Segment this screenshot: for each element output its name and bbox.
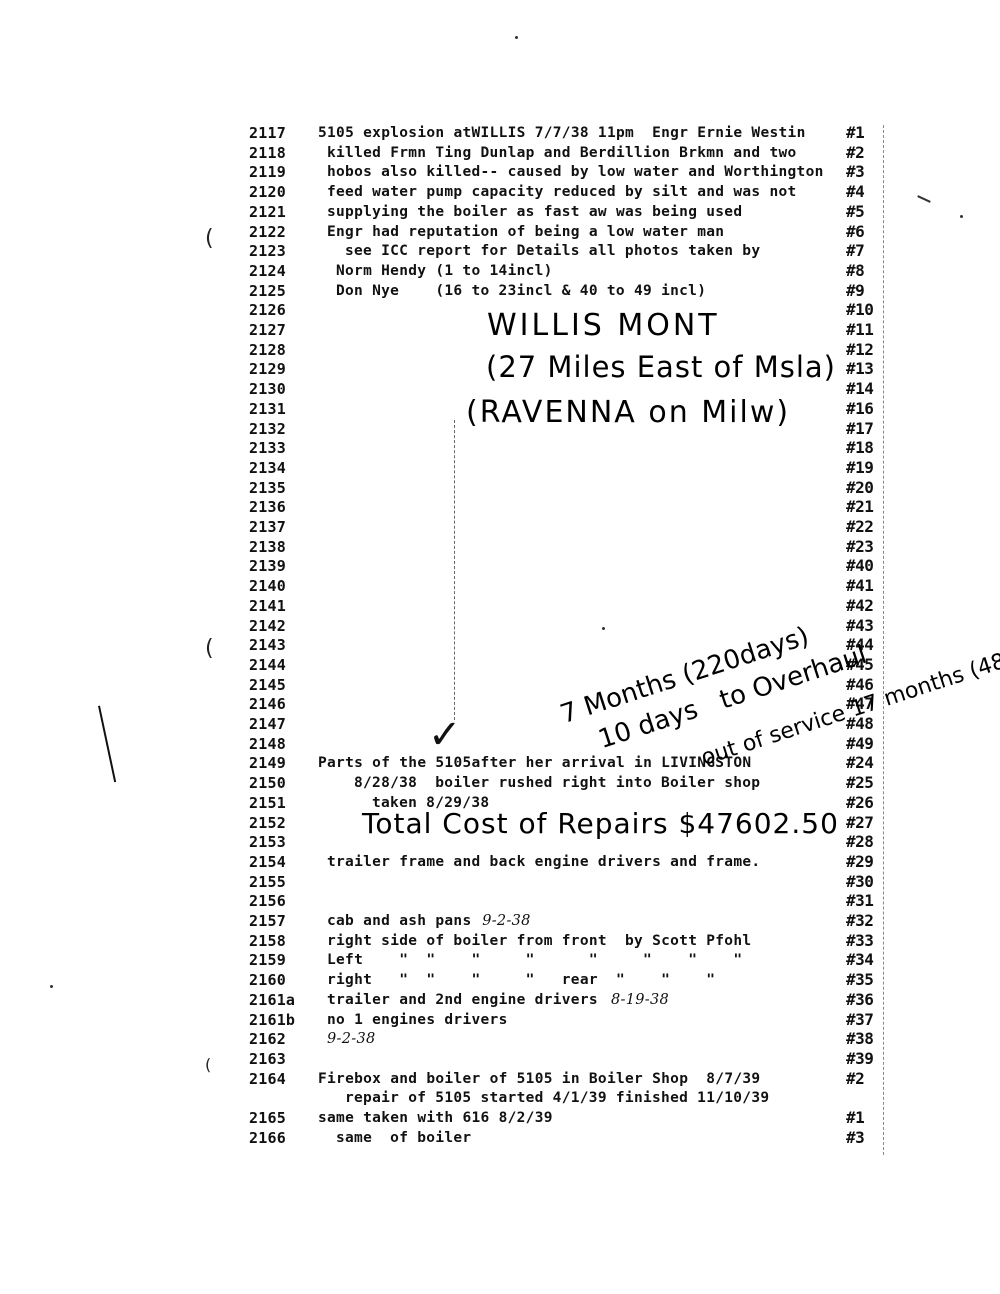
photo-reference: #22 — [846, 517, 873, 537]
photo-reference: #32 — [846, 911, 873, 931]
negative-number: 2132 — [249, 419, 286, 439]
photo-reference: #12 — [846, 340, 873, 360]
negative-number: 2145 — [249, 675, 286, 695]
speck — [50, 985, 53, 988]
entry-description: repair of 5105 started 4/1/39 finished 1… — [345, 1088, 769, 1108]
entry-description: same of boiler — [336, 1128, 471, 1148]
photo-reference: #41 — [846, 576, 873, 596]
log-entry-row: 2155#30 — [0, 872, 1000, 892]
log-entry-row: 2159Left " " " " " " " "#34 — [0, 950, 1000, 970]
negative-number: 2143 — [249, 635, 286, 655]
entry-description: trailer and 2nd engine drivers — [327, 990, 598, 1010]
entry-description: Left " " " " " " " " — [327, 950, 742, 970]
photo-reference: #16 — [846, 399, 873, 419]
log-entry-row: 2137#22 — [0, 517, 1000, 537]
negative-number: 2166 — [249, 1128, 286, 1148]
checkmark-arrow-icon: ✓ — [428, 712, 462, 758]
negative-number: 2149 — [249, 753, 286, 773]
negative-number: 2125 — [249, 281, 286, 301]
photo-reference: #33 — [846, 931, 873, 951]
negative-number: 2156 — [249, 891, 286, 911]
entry-description: Parts of the 5105after her arrival in LI… — [318, 753, 751, 773]
photo-reference: #13 — [846, 359, 873, 379]
handwritten-location-line-2: (27 Miles East of Msla) — [486, 350, 836, 384]
photo-reference: #24 — [846, 753, 873, 773]
negative-number: 2155 — [249, 872, 286, 892]
photo-reference: #35 — [846, 970, 873, 990]
log-entry-row: 2118killed Frmn Ting Dunlap and Berdilli… — [0, 143, 1000, 163]
negative-number: 2137 — [249, 517, 286, 537]
log-entry-row: 2141#42 — [0, 596, 1000, 616]
log-entry-row: 21175105 explosion atWILLIS 7/7/38 11pm … — [0, 123, 1000, 143]
log-entry-row: 2123see ICC report for Details all photo… — [0, 241, 1000, 261]
negative-number: 2151 — [249, 793, 286, 813]
log-entry-row: 2120feed water pump capacity reduced by … — [0, 182, 1000, 202]
photo-reference: #7 — [846, 241, 864, 261]
log-entry-row: 2139#40 — [0, 556, 1000, 576]
negative-number: 2158 — [249, 931, 286, 951]
handwritten-date: 8-19-38 — [611, 990, 669, 1010]
log-entry-row: 2136#21 — [0, 497, 1000, 517]
entry-description: Norm Hendy (1 to 14incl) — [336, 261, 553, 281]
handwritten-location-line-1: WILLIS MONT — [487, 308, 720, 343]
negative-number: 2165 — [249, 1108, 286, 1128]
negative-number: 2161b — [249, 1010, 295, 1030]
speck — [515, 36, 518, 39]
photo-reference: #11 — [846, 320, 873, 340]
photo-reference: #10 — [846, 300, 873, 320]
log-entry-row: repair of 5105 started 4/1/39 finished 1… — [0, 1088, 1000, 1108]
entry-description: Engr had reputation of being a low water… — [327, 222, 724, 242]
photo-reference: #34 — [846, 950, 873, 970]
negative-number: 2134 — [249, 458, 286, 478]
handwritten-date: 9-2-38 — [482, 911, 531, 931]
log-entry-row: 2166same of boiler#3 — [0, 1128, 1000, 1148]
photo-reference: #25 — [846, 773, 873, 793]
log-entry-row: 2157cab and ash pans9-2-38#32 — [0, 911, 1000, 931]
photo-reference: #2 — [846, 1069, 864, 1089]
log-entry-row: 2125Don Nye (16 to 23incl & 40 to 49 inc… — [0, 281, 1000, 301]
negative-number: 2157 — [249, 911, 286, 931]
negative-number: 2117 — [249, 123, 286, 143]
entry-description: 8/28/38 boiler rushed right into Boiler … — [354, 773, 760, 793]
photo-reference: #36 — [846, 990, 873, 1010]
entry-description: right side of boiler from front by Scott… — [327, 931, 751, 951]
log-entry-row: 21508/28/38 boiler rushed right into Boi… — [0, 773, 1000, 793]
log-entry-row: 2160right " " " " rear " " "#35 — [0, 970, 1000, 990]
entry-description: killed Frmn Ting Dunlap and Berdillion B… — [327, 143, 797, 163]
log-entry-row: 2148#49 — [0, 734, 1000, 754]
negative-number: 2118 — [249, 143, 286, 163]
negative-number: 2139 — [249, 556, 286, 576]
photo-reference: #23 — [846, 537, 873, 557]
photo-reference: #31 — [846, 891, 873, 911]
photo-reference: #19 — [846, 458, 873, 478]
negative-number: 2126 — [249, 300, 286, 320]
photo-reference: #29 — [846, 852, 873, 872]
photo-reference: #3 — [846, 162, 864, 182]
negative-number: 2120 — [249, 182, 286, 202]
entry-description: no 1 engines drivers — [327, 1010, 508, 1030]
negative-number: 2160 — [249, 970, 286, 990]
negative-number: 2133 — [249, 438, 286, 458]
photo-reference: #1 — [846, 123, 864, 143]
photo-reference: #18 — [846, 438, 873, 458]
negative-number: 2162 — [249, 1029, 286, 1049]
entry-description: supplying the boiler as fast aw was bein… — [327, 202, 742, 222]
negative-number: 2124 — [249, 261, 286, 281]
margin-paren-mark: ( — [205, 636, 214, 661]
negative-number: 2146 — [249, 694, 286, 714]
photo-reference: #8 — [846, 261, 864, 281]
photo-reference: #49 — [846, 734, 873, 754]
photo-reference: #14 — [846, 379, 873, 399]
photo-reference: #42 — [846, 596, 873, 616]
negative-number: 2136 — [249, 497, 286, 517]
photo-reference: #28 — [846, 832, 873, 852]
log-entry-row: 2119hobos also killed-- caused by low wa… — [0, 162, 1000, 182]
negative-number: 2150 — [249, 773, 286, 793]
entry-description: cab and ash pans — [327, 911, 471, 931]
photo-reference: #6 — [846, 222, 864, 242]
entry-description: Don Nye (16 to 23incl & 40 to 49 incl) — [336, 281, 706, 301]
entry-description: trailer frame and back engine drivers an… — [327, 852, 760, 872]
negative-number: 2128 — [249, 340, 286, 360]
negative-number: 2135 — [249, 478, 286, 498]
negative-number: 2119 — [249, 162, 286, 182]
negative-number: 2152 — [249, 813, 286, 833]
log-entry-row: 2165same taken with 616 8/2/39#1 — [0, 1108, 1000, 1128]
photo-reference: #4 — [846, 182, 864, 202]
negative-number: 2138 — [249, 537, 286, 557]
negative-number: 2123 — [249, 241, 286, 261]
log-entry-row: 2140#41 — [0, 576, 1000, 596]
entry-description: hobos also killed-- caused by low water … — [327, 162, 824, 182]
entry-description: Firebox and boiler of 5105 in Boiler Sho… — [318, 1069, 760, 1089]
log-entry-row: 2156#31 — [0, 891, 1000, 911]
log-entry-row: 2149Parts of the 5105after her arrival i… — [0, 753, 1000, 773]
photo-reference: #27 — [846, 813, 873, 833]
entry-description: 5105 explosion atWILLIS 7/7/38 11pm Engr… — [318, 123, 806, 143]
negative-number: 2154 — [249, 852, 286, 872]
log-entry-row: 2124Norm Hendy (1 to 14incl)#8 — [0, 261, 1000, 281]
log-entry-row: 2138#23 — [0, 537, 1000, 557]
photo-reference: #5 — [846, 202, 864, 222]
negative-number: 2147 — [249, 714, 286, 734]
speck — [960, 215, 963, 218]
negative-number: 2130 — [249, 379, 286, 399]
photo-reference: #30 — [846, 872, 873, 892]
entry-description: see ICC report for Details all photos ta… — [345, 241, 760, 261]
log-entry-row: 2133#18 — [0, 438, 1000, 458]
negative-number: 2142 — [249, 616, 286, 636]
negative-number: 2161a — [249, 990, 295, 1010]
photo-reference: #3 — [846, 1128, 864, 1148]
negative-number: 2129 — [249, 359, 286, 379]
photo-reference: #9 — [846, 281, 864, 301]
negative-number: 2122 — [249, 222, 286, 242]
log-entry-row: 2122Engr had reputation of being a low w… — [0, 222, 1000, 242]
margin-paren-mark: ( — [205, 1055, 211, 1074]
margin-paren-mark: ( — [205, 226, 214, 251]
photo-reference: #17 — [846, 419, 873, 439]
log-entry-row: 2154trailer frame and back engine driver… — [0, 852, 1000, 872]
document-page: 21175105 explosion atWILLIS 7/7/38 11pm … — [0, 0, 1000, 1294]
negative-number: 2127 — [249, 320, 286, 340]
log-entry-row: 2135#20 — [0, 478, 1000, 498]
photo-reference: #43 — [846, 616, 873, 636]
log-entry-row: 21629-2-38#38 — [0, 1029, 1000, 1049]
photo-reference: #20 — [846, 478, 873, 498]
negative-number: 2164 — [249, 1069, 286, 1089]
photo-reference: #40 — [846, 556, 873, 576]
photo-reference: #39 — [846, 1049, 873, 1069]
log-entry-row: 2161bno 1 engines drivers#37 — [0, 1010, 1000, 1030]
entry-description: same taken with 616 8/2/39 — [318, 1108, 553, 1128]
negative-number: 2153 — [249, 832, 286, 852]
negative-number: 2140 — [249, 576, 286, 596]
log-entry-row: 2134#19 — [0, 458, 1000, 478]
photo-reference: #21 — [846, 497, 873, 517]
handwritten-repair-cost: Total Cost of Repairs $47602.50 — [362, 807, 839, 840]
log-entry-row: 2142#43 — [0, 616, 1000, 636]
handwritten-location-line-3: (RAVENNA on Milw) — [466, 395, 790, 430]
negative-number: 2141 — [249, 596, 286, 616]
photo-reference: #38 — [846, 1029, 873, 1049]
negative-number: 2148 — [249, 734, 286, 754]
speck — [602, 627, 605, 630]
handwritten-date: 9-2-38 — [327, 1029, 376, 1049]
negative-number: 2144 — [249, 655, 286, 675]
entry-description: right " " " " rear " " " — [327, 970, 715, 990]
photo-reference: #37 — [846, 1010, 873, 1030]
photo-reference: #26 — [846, 793, 873, 813]
negative-number: 2159 — [249, 950, 286, 970]
log-entry-row: 2145#46 — [0, 675, 1000, 695]
log-entry-row: 2163#39 — [0, 1049, 1000, 1069]
entry-description: feed water pump capacity reduced by silt… — [327, 182, 797, 202]
log-entry-row: 2158right side of boiler from front by S… — [0, 931, 1000, 951]
negative-number: 2121 — [249, 202, 286, 222]
photo-reference: #1 — [846, 1108, 864, 1128]
log-entry-row: 2161atrailer and 2nd engine drivers8-19-… — [0, 990, 1000, 1010]
negative-number: 2163 — [249, 1049, 286, 1069]
photo-reference: #2 — [846, 143, 864, 163]
log-entry-row: 2121supplying the boiler as fast aw was … — [0, 202, 1000, 222]
log-entry-row: 2164Firebox and boiler of 5105 in Boiler… — [0, 1069, 1000, 1089]
negative-number: 2131 — [249, 399, 286, 419]
